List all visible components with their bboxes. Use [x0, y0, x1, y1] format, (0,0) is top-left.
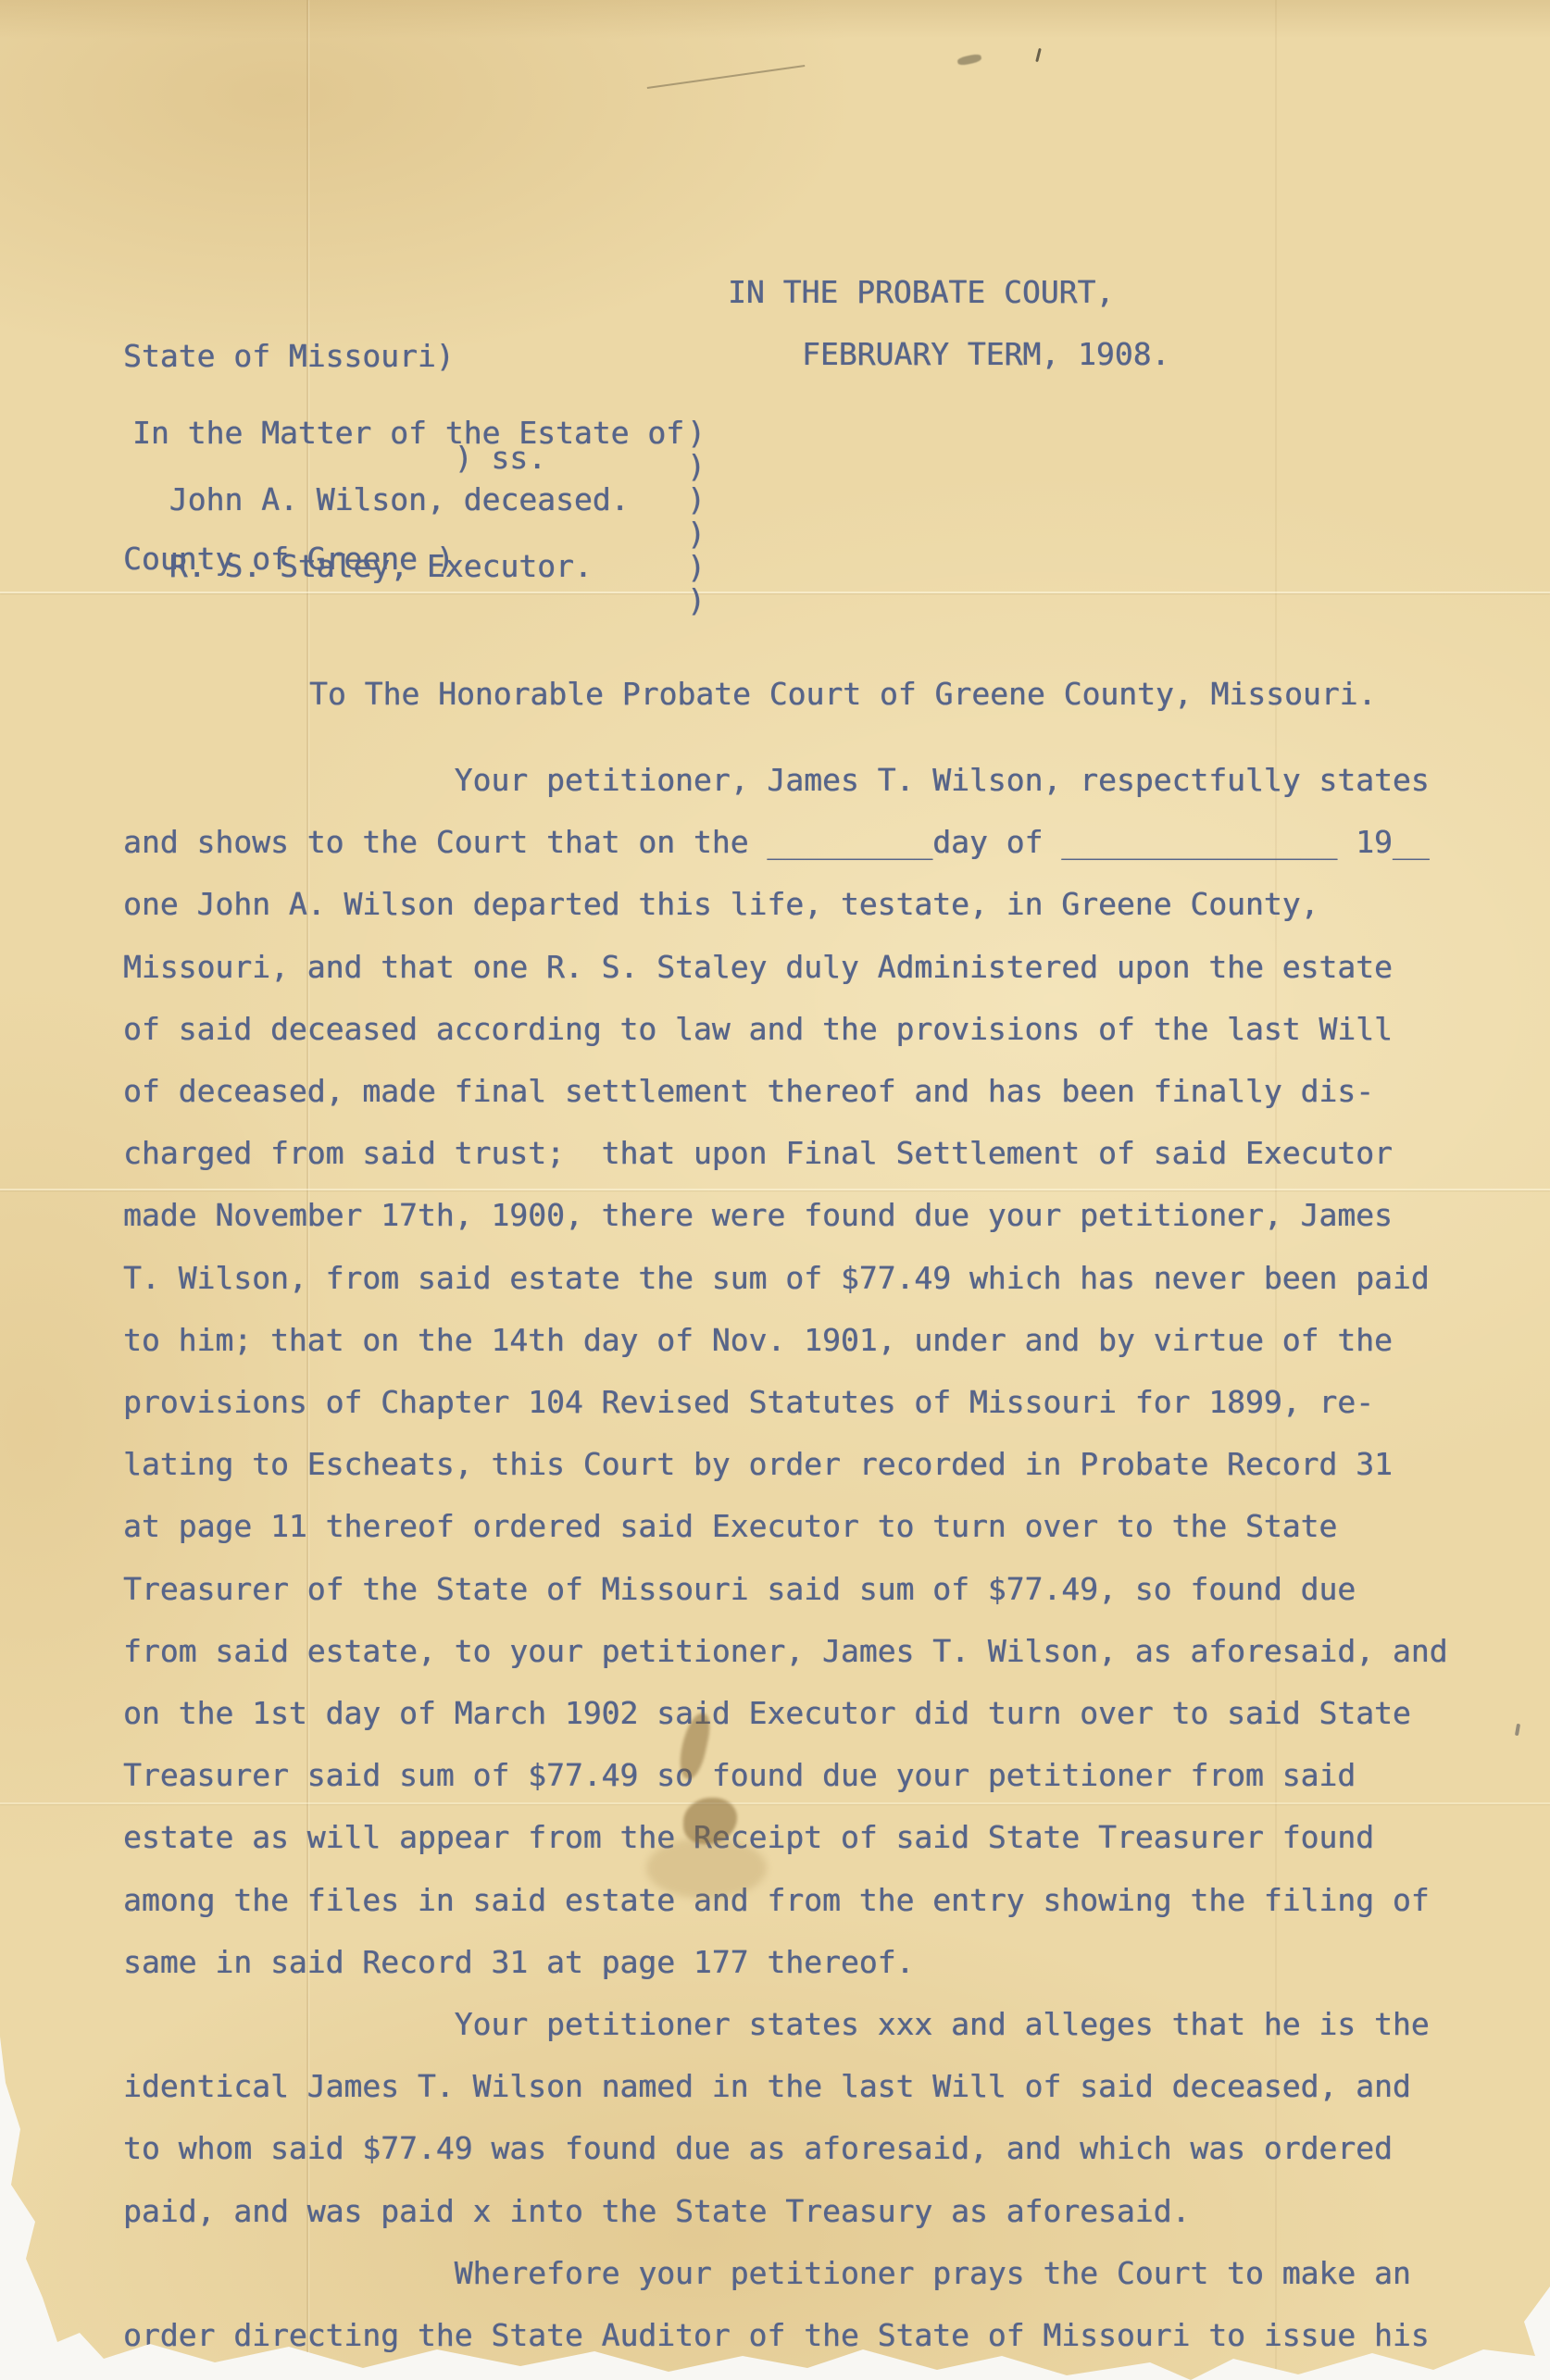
body-text-line: T. Wilson, from said estate the sum of $… — [123, 1247, 1447, 1309]
caption-bracket: ) — [687, 483, 706, 517]
body-text-line: to whom said $77.49 was found due as afo… — [123, 2117, 1447, 2179]
body-text-line: charged from said trust; that upon Final… — [123, 1122, 1447, 1184]
body-text-line: among the files in said estate and from … — [123, 1869, 1447, 1931]
case-caption: In the Matter of the Estate of John A. W… — [132, 400, 684, 600]
ink-speck — [956, 53, 981, 66]
body-text-line: at page 11 thereof ordered said Executor… — [123, 1495, 1447, 1557]
body-text-line: of said deceased according to law and th… — [123, 998, 1447, 1060]
caption-line: John A. Wilson, deceased. — [132, 467, 684, 533]
body-text-line: Your petitioner, James T. Wilson, respec… — [123, 749, 1447, 811]
caption-bracket: ) — [687, 450, 706, 483]
caption-bracket: ) — [687, 551, 706, 584]
body-text-line: order directing the State Auditor of the… — [123, 2304, 1447, 2366]
caption-bracket: ) — [687, 584, 706, 617]
caption-bracket: ) — [687, 417, 706, 450]
caption-bracket: ) — [687, 517, 706, 551]
body-text-line: Wherefore your petitioner prays the Cour… — [123, 2242, 1447, 2304]
pencil-scratch-mark — [647, 65, 806, 88]
body-text-line: from said estate, to your petitioner, Ja… — [123, 1620, 1447, 1682]
body-text-line: lating to Escheats, this Court by order … — [123, 1433, 1447, 1495]
body-text-line: Missouri, and that one R. S. Staley duly… — [123, 936, 1447, 998]
caption-brackets: )))))) — [687, 417, 706, 617]
document-paper: State of Missouri) ) ss. County of Green… — [0, 0, 1550, 2380]
venue-state-line: State of Missouri) — [123, 340, 546, 374]
petition-body-text: Your petitioner, James T. Wilson, respec… — [123, 749, 1447, 2366]
body-text-line: same in said Record 31 at page 177 there… — [123, 1931, 1447, 1993]
caption-line: R. S. Staley, Executor. — [132, 533, 684, 600]
body-text-line: of deceased, made final settlement there… — [123, 1060, 1447, 1122]
body-text-line: Treasurer said sum of $77.49 so found du… — [123, 1744, 1447, 1806]
body-text-line: on the 1st day of March 1902 said Execut… — [123, 1682, 1447, 1744]
body-text-line: identical James T. Wilson named in the l… — [123, 2055, 1447, 2117]
body-text-line: and shows to the Court that on the _____… — [123, 811, 1447, 873]
body-text-line: provisions of Chapter 104 Revised Statut… — [123, 1371, 1447, 1433]
caption-line: In the Matter of the Estate of — [132, 400, 684, 467]
body-text-line: made November 17th, 1900, there were fou… — [123, 1184, 1447, 1246]
body-text-line: Treasurer of the State of Missouri said … — [123, 1558, 1447, 1620]
body-text-line: Your petitioner states xxx and alleges t… — [123, 1993, 1447, 2055]
body-text-line: estate as will appear from the Receipt o… — [123, 1806, 1447, 1868]
ink-speck — [1035, 48, 1042, 62]
body-text-line: one John A. Wilson departed this life, t… — [123, 873, 1447, 935]
body-text-line: to him; that on the 14th day of Nov. 190… — [123, 1309, 1447, 1371]
salutation-line: To The Honorable Probate Court of Greene… — [309, 676, 1376, 712]
body-text-line: paid, and was paid x into the State Trea… — [123, 2180, 1447, 2242]
ink-speck — [1515, 1724, 1520, 1736]
scanned-page-background: State of Missouri) ) ss. County of Green… — [0, 0, 1550, 2380]
court-title: IN THE PROBATE COURT, — [728, 274, 1114, 310]
court-term-line: FEBRUARY TERM, 1908. — [802, 336, 1169, 372]
